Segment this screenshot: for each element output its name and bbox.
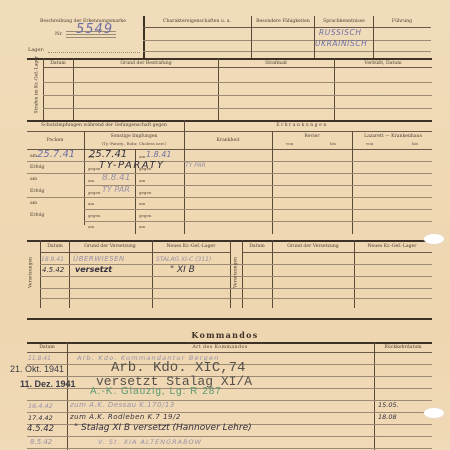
- section-border: [27, 120, 432, 122]
- row-line: [27, 173, 432, 174]
- sub-am: am: [88, 178, 94, 183]
- sub-am: am: [139, 201, 145, 206]
- nr-value: 5549: [76, 22, 113, 37]
- row-line: [43, 95, 432, 96]
- row-line: [84, 209, 432, 210]
- kommando-text-4: A.-K. Glauzig, Lg: R 287: [90, 386, 222, 397]
- col-art-kommandos: Art des Kommandos: [192, 345, 247, 350]
- row-line: [43, 82, 432, 83]
- kommando-date-5: 16.4.42: [28, 402, 53, 410]
- col-datum: Datum: [50, 61, 66, 66]
- punch-hole: [424, 408, 444, 418]
- sub-am: am: [139, 154, 145, 159]
- other-vaccination-date-1: 25.7.41: [89, 149, 127, 160]
- divider: [373, 16, 374, 58]
- transfer-camp-2: " XI B: [170, 265, 195, 275]
- kommando-date-2: 21. Okt. 1941: [10, 364, 64, 374]
- row-line: [27, 161, 432, 162]
- language-1: RUSSISCH: [319, 28, 362, 37]
- divider: [272, 131, 273, 234]
- other-vaccination-against-1: TY-PARATY: [99, 160, 165, 171]
- sub-gegen: gegen: [88, 190, 100, 195]
- row-label-erfolg-1: Erfolg: [30, 165, 44, 170]
- divider: [143, 51, 431, 52]
- sub-am: am: [139, 224, 145, 229]
- sub-am: am: [88, 201, 94, 206]
- other-vaccination-against-2: TY PAR: [102, 185, 130, 194]
- pocken-label: Pocken: [47, 138, 64, 143]
- revier-von: von: [286, 141, 293, 146]
- kommando-text-6: zum A.K. Rodleben K.7 19/2: [70, 413, 181, 421]
- sub-am: am: [139, 178, 145, 183]
- divider: [143, 40, 431, 41]
- sub-gegen: gegen: [139, 190, 151, 195]
- vaccination-group-label: Schutzimpfungen während der Gefangenscha…: [41, 123, 167, 128]
- kommandos-title: Kommandos: [191, 330, 258, 340]
- kommando-return-5: 15.05.: [378, 401, 399, 409]
- krankheit-label: Krankheit: [216, 138, 239, 143]
- lazarett-label: Lazarett — Krankenhaus: [364, 134, 422, 139]
- kommando-text-8: V. St. XIA ALTENGRABOW: [98, 438, 202, 446]
- lager-label: Lager:: [28, 47, 45, 53]
- illnesses-group-label: Erkrankungen: [276, 123, 328, 128]
- divider: [352, 131, 353, 234]
- col-neues-lager-2: Neues Kr.-Gef.-Lager: [368, 244, 417, 249]
- col-rueckkehr: Rückkehrdatum: [384, 345, 421, 350]
- kommando-date-1: 11.8.41: [28, 355, 51, 362]
- kommando-text-7: " Stalag XI B versetzt (Hannover Lehre): [74, 423, 252, 433]
- row-label-erfolg-3: Erfolg: [30, 213, 44, 218]
- row-label-erfolg-2: Erfolg: [30, 189, 44, 194]
- pocken-date: 25.7.41: [37, 149, 75, 160]
- col-neues-lager: Neues Kr.-Gef.-Lager: [167, 244, 216, 249]
- lazarett-von: von: [366, 141, 373, 146]
- transfer-reason-1: ÜBERWIESEN: [73, 255, 125, 263]
- section-border: [27, 58, 432, 60]
- punch-hole: [424, 234, 444, 244]
- col-grund: Grund der Versetzung: [84, 244, 136, 249]
- revier-bis: bis: [330, 141, 336, 146]
- divider: [84, 131, 85, 225]
- kommando-date-8: 8.5.42: [30, 438, 52, 446]
- transfers-side-label-2: Versetzungen: [234, 248, 239, 298]
- divider: [27, 352, 432, 353]
- other-vaccinations-sub: (Ty.-Paraty., Ruhr, Cholera usw.): [102, 141, 167, 146]
- abilities-label: Besondere Fähigkeiten: [256, 19, 310, 24]
- punishments-side-label: Strafen im Kr.-Gef.-Lager: [35, 64, 40, 114]
- transfer-date-2: 4.5.42: [42, 266, 64, 274]
- row-line: [84, 185, 432, 186]
- kommando-date-6: 17.4.42: [28, 414, 53, 422]
- col-datum: Datum: [47, 244, 63, 249]
- transfer-date-1: 18.9.41: [41, 256, 64, 263]
- transfer-reason-2: versetzt: [75, 265, 112, 274]
- languages-label: Sprachkenntnisse: [323, 19, 365, 24]
- prisoner-record-card: Beschreibung der Erkennungsmarke Nr. 554…: [0, 0, 450, 450]
- kommando-text-5: zum A.K. Dessau K.170/13: [70, 401, 175, 409]
- divider: [374, 342, 375, 450]
- transfers-side-label: Versetzungen: [29, 248, 34, 298]
- divider: [143, 27, 431, 28]
- divider: [184, 120, 185, 234]
- row-line: [27, 197, 432, 198]
- sub-gegen: gegen: [88, 213, 100, 218]
- kommando-return-6: 18.08: [378, 413, 397, 421]
- sub-am: am: [88, 224, 94, 229]
- lazarett-bis: bis: [412, 141, 418, 146]
- row-line: [27, 448, 432, 449]
- row-label-am-3: am: [30, 201, 37, 206]
- divider: [27, 149, 432, 150]
- nr-underline-3: [66, 37, 116, 38]
- row-label-am-2: am: [30, 177, 37, 182]
- other-vaccination-date-1b: 1.8.41: [146, 150, 171, 159]
- row-line: [43, 108, 432, 109]
- revier-label: Revier: [304, 134, 319, 139]
- col-verbuesst: Verbüßt, Datum: [364, 61, 401, 66]
- kommando-date-3: 11. Dez. 1941: [20, 379, 76, 389]
- other-vaccinations-label: Sonstige Impfungen: [110, 134, 157, 139]
- sub-gegen: gegen: [139, 213, 151, 218]
- section-border: [27, 342, 432, 344]
- character-label: Charaktereigenschaften u. a.: [163, 19, 231, 24]
- row-line: [40, 298, 432, 299]
- row-line: [27, 436, 432, 437]
- divider: [67, 342, 68, 450]
- row-line: [84, 221, 432, 222]
- col-strafmass: Strafmaß: [265, 61, 287, 66]
- nr-label: Nr.: [55, 31, 63, 37]
- other-vaccination-date-2: 8.8.41: [102, 173, 131, 183]
- lager-line: [48, 52, 140, 53]
- other-vaccination-note: TY PAR: [185, 162, 206, 169]
- conduct-label: Führung: [392, 19, 412, 24]
- transfer-camp-1: STALAG XI-C (311): [156, 256, 211, 263]
- col-grund: Grund der Bestrafung: [120, 61, 171, 66]
- col-grund-2: Grund der Versetzung: [287, 244, 339, 249]
- section-border: [27, 318, 432, 320]
- divider: [251, 16, 252, 58]
- divider: [314, 16, 315, 58]
- col-datum: Datum: [39, 345, 55, 350]
- divider: [27, 131, 432, 132]
- divider: [43, 67, 432, 68]
- language-2: UKRAINISCH: [315, 39, 367, 48]
- col-datum-2: Datum: [249, 244, 265, 249]
- kommando-date-7: 4.5.42: [27, 424, 54, 434]
